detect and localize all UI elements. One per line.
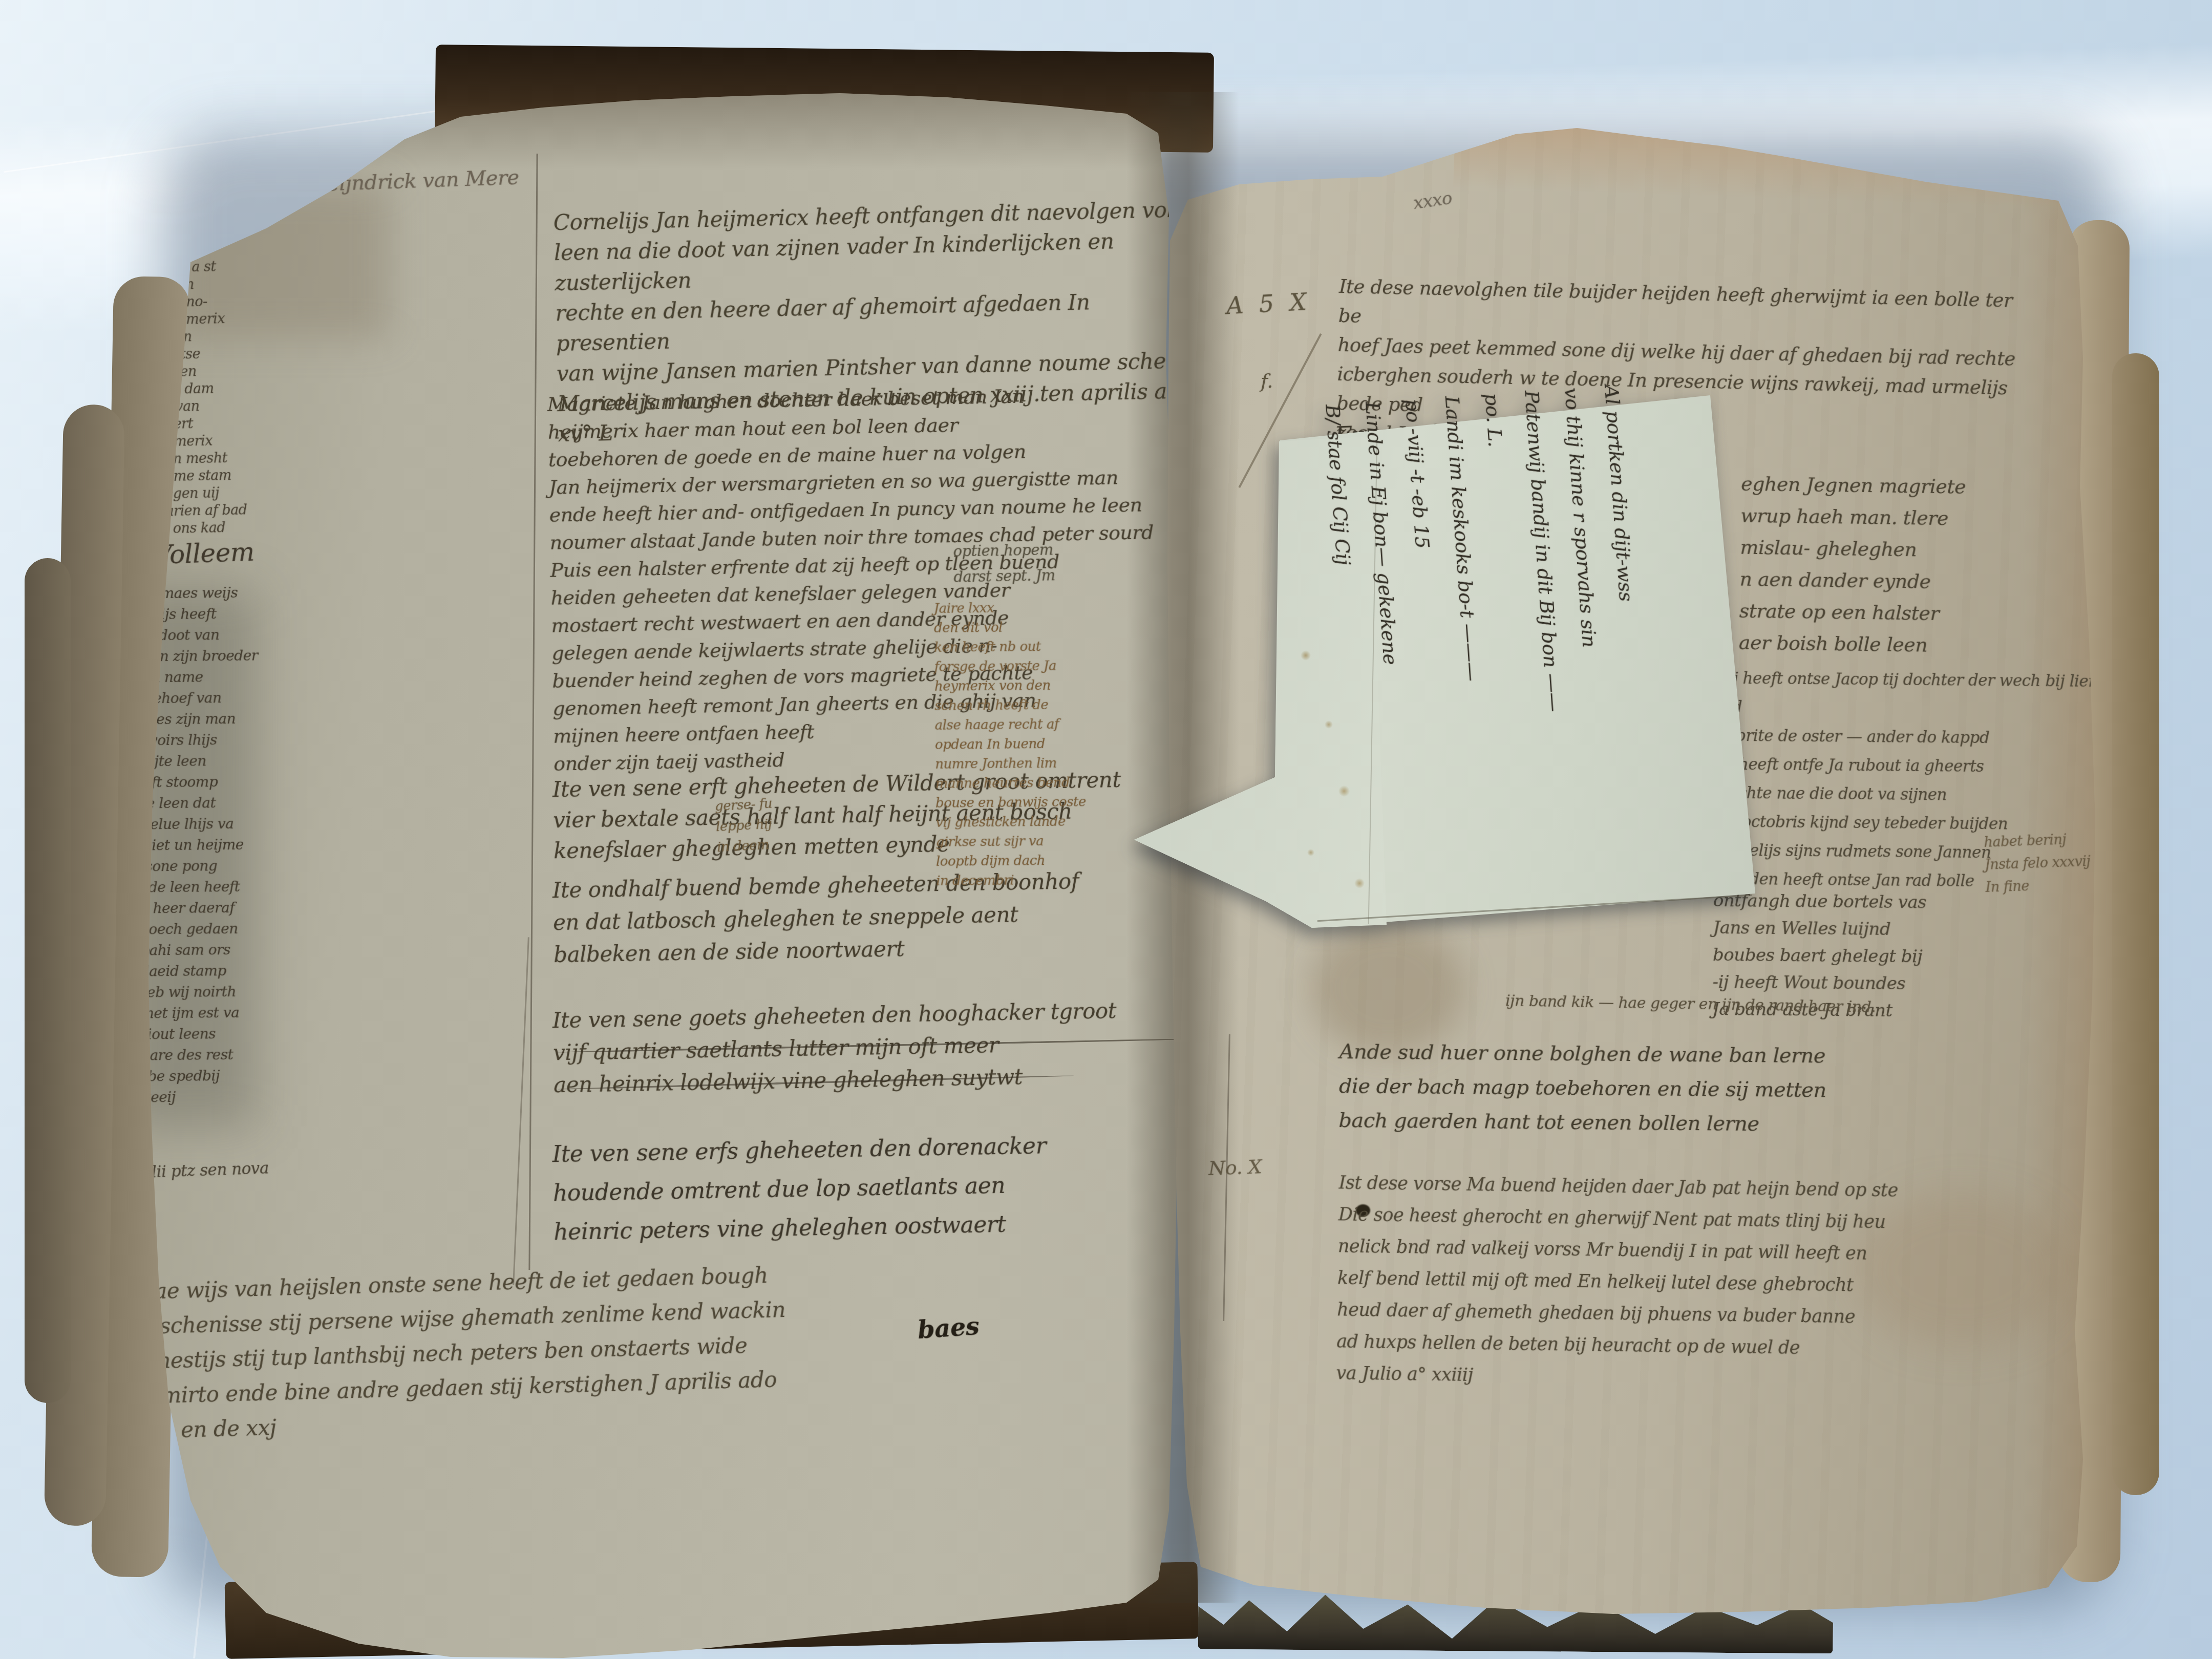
left-margin-notes-list: Jan tomaes weijs putenijs heeft nade doo… — [120, 580, 452, 1108]
page-stack-left-3 — [25, 558, 71, 1403]
gutter-note-brown-ink: Jaire lxxx den dit vol ken heeft nb out … — [934, 597, 1152, 891]
right-paragraph-low: Ande sud huer onne bolghen de wane ban l… — [1338, 1035, 1923, 1143]
left-paragraph-6: Ite ven sene erfs gheheeten den dorenack… — [552, 1124, 1209, 1252]
inserted-slip: Al portken din dijt-wss vo thij kinne r … — [1126, 389, 1761, 942]
photo-of-open-manuscript-book: Modo Magius heijndrick van Mere schonars… — [0, 0, 2212, 1659]
gutter-side-note: gerse- fu leppe hij in deem — [714, 789, 861, 858]
left-margin-footnote: Et° filii ptz sen nova atro — [111, 1151, 440, 1209]
slip-handwritten-text: Al portken din dijt-wss vo thij kinne r … — [1304, 384, 1665, 897]
left-paragraph-5: Ite ven sene goets gheheeten den hooghac… — [552, 993, 1219, 1101]
margin-rule-line-2 — [513, 937, 529, 1285]
left-paragraph-7-loose-hand: Mae wijs van heijslen onste sene heeft d… — [132, 1247, 1201, 1449]
right-paragraph-last: Ist dese vorse Ma buend heijden daer Jab… — [1336, 1167, 2128, 1400]
left-bold-word: baes — [917, 1312, 980, 1345]
page-stack-right-2 — [2112, 353, 2159, 1495]
text-beside-slip: eghen Jegnen magriete wrup haeh man. tle… — [1738, 468, 2069, 663]
margin-rule-line — [528, 154, 538, 1270]
